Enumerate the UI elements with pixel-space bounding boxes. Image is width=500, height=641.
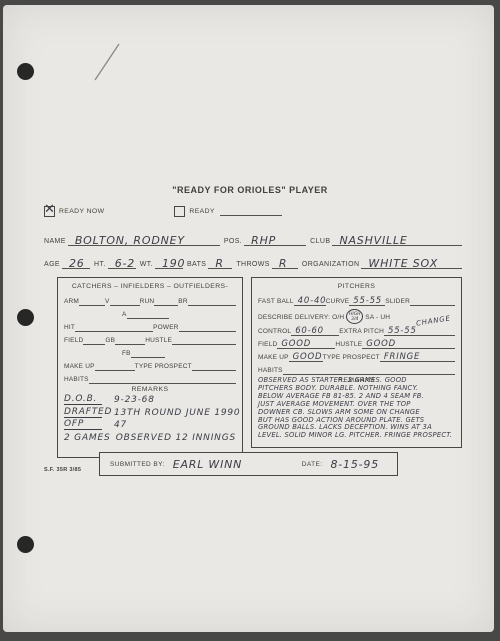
ofp-row: OFP 47 — [64, 418, 236, 430]
drafted-label: DRAFTED — [64, 407, 102, 418]
ofp-label: OFP — [64, 419, 102, 430]
throws-line: R — [272, 255, 298, 269]
club-label: CLUB — [310, 238, 332, 246]
delivery-circle-line2: 3/4 — [351, 317, 358, 322]
dob-label: D.O.B. — [64, 394, 102, 405]
club-line: NASHVILLE — [332, 232, 462, 246]
club-value: NASHVILLE — [339, 234, 407, 247]
drafted-value: 13TH ROUND JUNE 1990 — [114, 408, 240, 418]
delivery-row: DESCRIBE DELIVERY: O/H HIGH 3/4 SA - UH … — [258, 306, 455, 323]
position-players-panel: CATCHERS – INFIELDERS – OUTFIELDERS- ARM… — [57, 277, 243, 458]
type-prospect-label: TYPE PROSPECT — [135, 363, 192, 371]
extra-pitch-value: 55-55 — [388, 326, 417, 336]
habits-label: HABITS — [64, 376, 89, 384]
ready-checkbox[interactable] — [174, 206, 185, 217]
pitcher-field-line: GOOD — [277, 340, 335, 349]
pitcher-makeup-row: MAKE UP GOOD TYPE PROSPECT FRINGE — [258, 349, 455, 362]
org-value: WHITE SOX — [368, 257, 438, 270]
curve-line: 55-55 — [349, 297, 385, 306]
pitcher-remarks-text: OBSERVED AS STARTER. 2 GAMES. GOOD PITCH… — [258, 377, 455, 440]
dob-row: D.O.B. 9-23-68 — [64, 393, 236, 405]
fastball-label: FAST BALL — [258, 298, 294, 306]
form-code: S.F. 35R 3/85 — [44, 467, 81, 473]
pen-stray-mark — [92, 42, 124, 84]
bats-line: R — [208, 255, 232, 269]
fb-label: FB — [122, 350, 131, 358]
control-value: 60-60 — [295, 326, 324, 336]
drafted-row: DRAFTED 13TH ROUND JUNE 1990 — [64, 405, 236, 417]
punch-hole-middle — [17, 309, 34, 326]
remarks-line: LEVEL. SOLID MINOR LG. PITCHER. FRINGE P… — [258, 432, 455, 440]
remarks-header: REMARKS — [64, 386, 236, 393]
punch-hole-top — [17, 63, 34, 80]
br-label: BR — [178, 298, 187, 306]
date-value: 8-15-95 — [330, 458, 379, 471]
a-row: A — [64, 306, 236, 319]
name-label: NAME — [44, 238, 68, 246]
hustle-line — [172, 336, 236, 345]
curve-value: 55-55 — [353, 296, 382, 306]
wt-value: 190 — [162, 257, 185, 270]
pos-line: RHP — [244, 232, 306, 246]
slider-label: SLIDER — [385, 298, 410, 306]
bio-row: AGE 26 HT. 6-2 WT. 190 BATS R THROWS R O… — [44, 252, 462, 269]
fb-line — [131, 349, 165, 358]
age-value: 26 — [69, 257, 85, 270]
makeup-row: MAKE UP TYPE PROSPECT — [64, 358, 236, 371]
age-label: AGE — [44, 261, 62, 269]
delivery-label: DESCRIBE DELIVERY: O/H — [258, 314, 344, 322]
pitcher-makeup-line: GOOD — [289, 353, 323, 362]
slider-line — [410, 297, 455, 306]
ready-now-checkbox[interactable]: ✕ — [44, 206, 55, 217]
pitchers-panel: PITCHERS FAST BALL 40-40 CURVE 55-55 SLI… — [251, 277, 462, 448]
control-line: 60-60 — [291, 327, 339, 336]
form-title: "READY FOR ORIOLES" PLAYER — [0, 185, 500, 195]
pitcher-makeup-label: MAKE UP — [258, 354, 289, 362]
submitted-by-label: SUBMITTED BY: — [110, 461, 165, 468]
curve-label: CURVE — [326, 298, 350, 306]
makeup-label: MAKE UP — [64, 363, 95, 371]
org-label: ORGANIZATION — [302, 261, 362, 269]
scanned-scouting-report: "READY FOR ORIOLES" PLAYER ✕ READY NOW R… — [0, 0, 500, 641]
field-label: FIELD — [64, 337, 83, 345]
pitcher-habits-label: HABITS — [258, 367, 283, 375]
fb-row: FB — [64, 345, 236, 358]
bats-value: R — [215, 257, 223, 270]
habits-line — [89, 375, 236, 384]
pitcher-type-prospect-line: FRINGE — [380, 353, 455, 362]
fastball-line: 40-40 — [294, 297, 326, 306]
power-label: POWER — [153, 324, 179, 332]
submitted-by-value: EARL WINN — [173, 458, 243, 471]
delivery-suffix-label: SA - UH — [365, 314, 390, 322]
pitcher-field-label: FIELD — [258, 341, 277, 349]
dob-value: 9-23-68 — [114, 395, 155, 405]
fastball-value: 40-40 — [298, 296, 327, 306]
hit-label: HIT — [64, 324, 75, 332]
hit-line — [75, 323, 153, 332]
hit-row: HIT POWER — [64, 319, 236, 332]
date-label: DATE: — [302, 461, 323, 468]
extra-pitch-label: EXTRA PITCH — [339, 328, 384, 336]
games-observed-value: OBSERVED 12 INNINGS — [116, 433, 236, 443]
pos-label: POS. — [224, 238, 244, 246]
habits-row: HABITS — [64, 371, 236, 384]
pitcher-habits-line — [283, 366, 455, 375]
pos-value: RHP — [251, 234, 276, 247]
position-panel-header: CATCHERS – INFIELDERS – OUTFIELDERS- — [64, 283, 236, 290]
throws-value: R — [279, 257, 287, 270]
punch-hole-bottom — [17, 536, 34, 553]
delivery-circled-annotation: HIGH 3/4 — [346, 309, 363, 324]
arm-line — [79, 297, 105, 306]
name-line: BOLTON, RODNEY — [68, 232, 220, 246]
ht-label: HT. — [94, 261, 108, 269]
v-line — [110, 297, 140, 306]
wt-line: 190 — [155, 255, 183, 269]
age-line: 26 — [62, 255, 90, 269]
field-row: FIELD GB HUSTLE — [64, 332, 236, 345]
ready-now-label: READY NOW — [59, 208, 104, 215]
games-observed-row: 2 GAMES OBSERVED 12 INNINGS — [64, 430, 236, 442]
arm-label: ARM — [64, 298, 79, 306]
hustle-label: HUSTLE — [145, 337, 172, 345]
field-line — [83, 336, 105, 345]
readiness-row: ✕ READY NOW READY — [44, 206, 282, 217]
pitcher-habits-row: HABITS — [258, 362, 455, 375]
ht-line: 6-2 — [108, 255, 136, 269]
games-observed-label: 2 GAMES — [64, 433, 108, 443]
run-label: RUN — [140, 298, 155, 306]
throws-label: THROWS — [236, 261, 272, 269]
ofp-value: 47 — [114, 420, 127, 430]
name-row: NAME BOLTON, RODNEY POS. RHP CLUB NASHVI… — [44, 229, 462, 246]
a-line — [127, 310, 169, 319]
checkbox-x-mark: ✕ — [44, 203, 56, 216]
power-line — [179, 323, 236, 332]
pitcher-hustle-line: GOOD — [362, 340, 455, 349]
ready-blank-line — [220, 207, 282, 216]
control-label: CONTROL — [258, 328, 291, 336]
pitcher-makeup-value: GOOD — [293, 352, 323, 362]
org-line: WHITE SOX — [361, 255, 462, 269]
extra-pitch-line: 55-55 — [384, 327, 455, 336]
ready-label: READY — [189, 208, 214, 215]
gb-line — [115, 336, 145, 345]
fastball-row: FAST BALL 40-40 CURVE 55-55 SLIDER — [258, 293, 455, 306]
type-prospect-line — [192, 362, 236, 371]
ht-value: 6-2 — [115, 257, 135, 270]
makeup-line — [95, 362, 135, 371]
pitcher-hustle-label: HUSTLE — [335, 341, 362, 349]
gb-label: GB — [105, 337, 115, 345]
wt-label: WT. — [140, 261, 155, 269]
pitcher-type-prospect-value: FRINGE — [384, 352, 420, 362]
pitcher-hustle-value: GOOD — [366, 339, 396, 349]
arm-row: ARM V RUN BR — [64, 293, 236, 306]
pitcher-field-row: FIELD GOOD HUSTLE GOOD — [258, 336, 455, 349]
pitcher-field-value: GOOD — [281, 339, 311, 349]
bats-label: BATS — [187, 261, 208, 269]
br-line — [188, 297, 236, 306]
submitted-by-bar: SUBMITTED BY: EARL WINN DATE: 8-15-95 — [99, 452, 398, 476]
name-value: BOLTON, RODNEY — [75, 234, 185, 247]
pitchers-panel-header: PITCHERS — [258, 283, 455, 290]
run-line — [154, 297, 178, 306]
pitcher-type-prospect-label: TYPE PROSPECT — [323, 354, 380, 362]
